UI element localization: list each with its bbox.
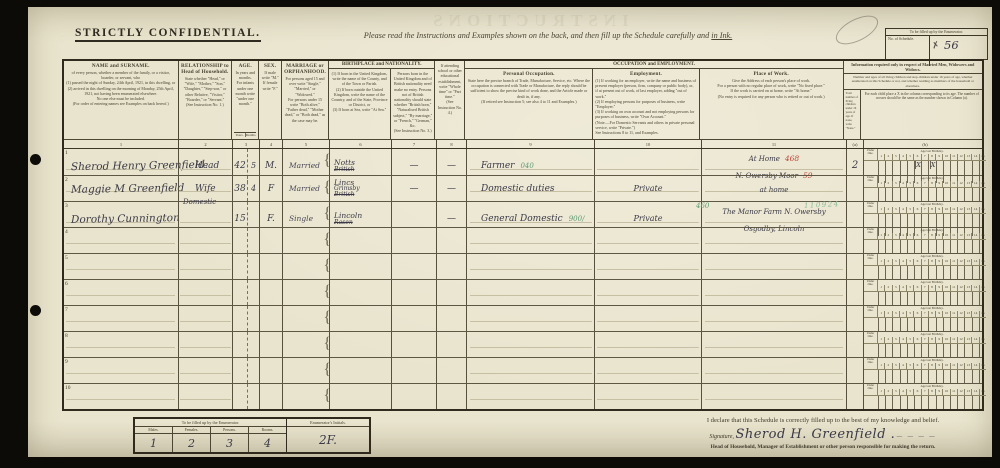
children-grid-cell: Under One.Age last Birthday.123456789101… bbox=[863, 358, 986, 383]
entry-age-years bbox=[233, 228, 248, 253]
age-number: 12 bbox=[957, 207, 964, 213]
row-number: 4 bbox=[65, 229, 68, 235]
enumerator-initials-title: Enumerator's Initials. bbox=[287, 419, 369, 427]
enumerator-initials-box: Enumerator's Initials. 2F. bbox=[287, 419, 369, 452]
nationality-cell bbox=[391, 332, 436, 357]
under-one-label: Under One. bbox=[864, 358, 878, 369]
age-number: 4 bbox=[899, 389, 906, 395]
entry-marriage: Single bbox=[283, 214, 313, 223]
header-employment: Employment. (1) If working for an employ… bbox=[592, 69, 698, 139]
birthplace-cell: LincsGrimsbyBritish bbox=[329, 176, 391, 201]
relationship-cell bbox=[178, 254, 232, 279]
under-one-label: Under One. bbox=[864, 384, 878, 395]
age-number: 13 bbox=[964, 154, 971, 160]
child-x-mark: X bbox=[930, 161, 936, 169]
table-row: 3Dorothy CunningtonDomestic15F.Single{Li… bbox=[64, 201, 982, 227]
age-number: 13 bbox=[964, 285, 971, 291]
place-of-work-cell: at home bbox=[701, 176, 846, 201]
children-grid-header: Under One.Age last Birthday.123456789101… bbox=[864, 280, 986, 292]
occupation-cell bbox=[466, 384, 594, 409]
age-mark-cell bbox=[914, 266, 921, 279]
place-of-work-cell bbox=[701, 332, 846, 357]
age-mark-cell bbox=[972, 266, 979, 279]
age-mark-cell bbox=[878, 240, 885, 253]
header-age: AGE. In years and months. For infants un… bbox=[231, 61, 258, 139]
age-number: 4 bbox=[899, 207, 906, 213]
age-number: 9 bbox=[935, 311, 942, 317]
signature-subtitle: Head of Household, Manager of Establishm… bbox=[653, 444, 993, 450]
age-mark-cell bbox=[936, 344, 943, 357]
age-mark-cell bbox=[892, 370, 899, 383]
age-number: 3 bbox=[892, 337, 899, 343]
age-number: 8 bbox=[928, 181, 935, 187]
age-mark-cell bbox=[892, 266, 899, 279]
age-number: 3 bbox=[892, 207, 899, 213]
age-number: 12 bbox=[957, 389, 964, 395]
entry-place-of-work: at home bbox=[760, 186, 789, 194]
age-cell bbox=[232, 228, 259, 253]
age-number: 11 bbox=[950, 259, 957, 265]
age-mark-cell bbox=[921, 292, 928, 305]
scanned-census-schedule: { "colors": { "frame":"#0d0b08", "paper"… bbox=[0, 0, 1000, 468]
age-number: 13 bbox=[964, 207, 971, 213]
age-mark-cell bbox=[907, 266, 914, 279]
children-total-cell bbox=[846, 176, 863, 201]
occupation-cell bbox=[466, 306, 594, 331]
age-number: 6 bbox=[913, 389, 920, 395]
age-number: 14 bbox=[971, 337, 978, 343]
table-row: 5{Under One.Age last Birthday.1234567891… bbox=[64, 253, 982, 279]
occupation-cell bbox=[466, 358, 594, 383]
column-number: 3 bbox=[232, 140, 259, 148]
age-number: 10 bbox=[942, 154, 949, 160]
enumerator-initials-value: 2F. bbox=[287, 427, 369, 452]
age-number: 9 bbox=[935, 259, 942, 265]
under-one-cell bbox=[864, 266, 878, 279]
children-mark-row bbox=[864, 396, 986, 409]
age-mark-cell bbox=[950, 370, 957, 383]
age-number: 12 bbox=[957, 337, 964, 343]
entry-birthplace-struck: Rasen bbox=[334, 220, 353, 226]
age-number: 15 bbox=[979, 389, 986, 395]
children-age-grid: Under One.Age last Birthday.123456789101… bbox=[864, 228, 986, 253]
entry-education: — bbox=[447, 214, 456, 224]
age-cell bbox=[232, 254, 259, 279]
age-number: 8 bbox=[928, 337, 935, 343]
age-number: 15 bbox=[979, 154, 986, 160]
under-one-cell bbox=[864, 344, 878, 357]
entry-nationality: — bbox=[410, 161, 419, 171]
age-mark-cell bbox=[921, 188, 928, 201]
age-mark-cell bbox=[964, 318, 971, 331]
header-education: If attending school or other educational… bbox=[434, 61, 464, 139]
birthplace-cell bbox=[329, 384, 391, 409]
relationship-cell bbox=[178, 306, 232, 331]
age-number: 6 bbox=[913, 207, 920, 213]
age-number: 13 bbox=[964, 389, 971, 395]
age-number-row: 123456789101112131415 bbox=[878, 233, 986, 239]
age-number: 8 bbox=[928, 363, 935, 369]
age-number: 6 bbox=[913, 363, 920, 369]
age-number: 7 bbox=[921, 337, 928, 343]
column-number: 10 bbox=[594, 140, 701, 148]
header-birthplace: (1) If born in the United Kingdom, write… bbox=[329, 69, 390, 139]
age-number: 10 bbox=[942, 311, 949, 317]
place-stamp-green: 110924 bbox=[804, 201, 840, 210]
age-number: 14 bbox=[971, 259, 978, 265]
name-cell: 8 bbox=[64, 332, 178, 357]
age-mark-cell bbox=[885, 344, 892, 357]
age-mark-cell bbox=[885, 370, 892, 383]
education-cell: — bbox=[436, 176, 466, 201]
header-employment-body: (1) If working for an employer, write th… bbox=[595, 78, 696, 135]
age-mark-cell bbox=[900, 188, 907, 201]
children-total-cell bbox=[846, 280, 863, 305]
age-number: 5 bbox=[906, 363, 913, 369]
age-cell: 384 bbox=[232, 176, 259, 201]
age-mark-cell bbox=[928, 396, 935, 409]
punch-hole-bottom bbox=[30, 305, 41, 316]
children-age-grid: Under One.Age last Birthday.123456789101… bbox=[864, 306, 986, 331]
age-mark-cell bbox=[914, 188, 921, 201]
age-number-row: 123456789101112131415 bbox=[878, 181, 986, 187]
entry-age-years bbox=[233, 358, 248, 383]
entry-education: — bbox=[447, 184, 456, 194]
pencil-mark bbox=[832, 10, 883, 50]
header-children-group: Information required only in respect of … bbox=[843, 61, 982, 139]
age-mark-cell bbox=[878, 318, 885, 331]
age-mark-cell bbox=[950, 188, 957, 201]
entry-age-years: 38 bbox=[233, 176, 248, 201]
enumerator-column-header: Persons. bbox=[210, 427, 248, 433]
sex-cell bbox=[259, 332, 282, 357]
marriage-cell: { bbox=[282, 332, 329, 357]
age-number: 2 bbox=[884, 311, 891, 317]
place-of-work-line: At Home468 bbox=[749, 149, 799, 166]
age-number-row: 123456789101112131415 bbox=[878, 389, 986, 395]
age-number: 5 bbox=[906, 181, 913, 187]
age-mark-cell bbox=[892, 396, 899, 409]
age-number: 6 bbox=[913, 311, 920, 317]
birthplace-cell bbox=[329, 332, 391, 357]
instruction-text: Please read the Instructions and Example… bbox=[328, 31, 768, 40]
header-age-months: Months. bbox=[246, 133, 257, 137]
occupation-cell bbox=[466, 254, 594, 279]
children-mark-row bbox=[864, 292, 986, 305]
children-age-grid: Under One.Age last Birthday.123456789101… bbox=[864, 176, 986, 201]
age-mark-cell bbox=[964, 266, 971, 279]
age-number: 6 bbox=[913, 337, 920, 343]
header-marriage-body: For persons aged 15 and over write "Sing… bbox=[284, 76, 326, 123]
signature-value: Sherod H. Greenfield . bbox=[735, 427, 895, 442]
age-mark-cell bbox=[900, 318, 907, 331]
enumerator-column-value: 1 bbox=[135, 434, 172, 452]
column-number: 2 bbox=[178, 140, 232, 148]
age-mark-cell bbox=[928, 318, 935, 331]
header-children-subtitle: Number and ages of all living children a… bbox=[844, 74, 982, 90]
place-of-work-line: at home bbox=[760, 180, 789, 197]
age-number: 4 bbox=[899, 285, 906, 291]
age-number: 3 bbox=[892, 363, 899, 369]
age-mark-cell bbox=[878, 292, 885, 305]
age-number: 2 bbox=[884, 181, 891, 187]
age-number: 4 bbox=[899, 233, 906, 239]
nationality-cell bbox=[391, 358, 436, 383]
children-age-grid: Under One.Age last Birthday.123456789101… bbox=[864, 332, 986, 357]
age-number: 4 bbox=[899, 154, 906, 160]
children-total-cell bbox=[846, 358, 863, 383]
children-total-cell bbox=[846, 228, 863, 253]
entry-sex: M. bbox=[265, 161, 277, 171]
age-number-row: 123456789101112131415 bbox=[878, 363, 986, 369]
relationship-cell bbox=[178, 332, 232, 357]
child-x-mark: X bbox=[915, 161, 921, 169]
age-number-row: 123456789101112131415 bbox=[878, 207, 986, 213]
age-number: 9 bbox=[935, 337, 942, 343]
age-number: 7 bbox=[921, 311, 928, 317]
age-mark-cell bbox=[972, 344, 979, 357]
age-mark-cell bbox=[943, 188, 950, 201]
column-number: 4 bbox=[259, 140, 282, 148]
age-number: 9 bbox=[935, 207, 942, 213]
header-age-units: Years. Months. bbox=[234, 132, 256, 137]
under-one-label: Under One. bbox=[864, 149, 878, 160]
age-mark-cell bbox=[878, 396, 885, 409]
age-mark-cell bbox=[914, 370, 921, 383]
age-number: 12 bbox=[957, 285, 964, 291]
age-cell bbox=[232, 306, 259, 331]
place-of-work-cell bbox=[701, 306, 846, 331]
under-one-cell bbox=[864, 188, 878, 201]
age-number: 12 bbox=[957, 311, 964, 317]
age-mark-cell bbox=[936, 266, 943, 279]
age-mark-cell bbox=[972, 318, 979, 331]
birthplace-cell bbox=[329, 306, 391, 331]
place-of-work-cell bbox=[701, 358, 846, 383]
declaration-section: I declare that this Schedule is correctl… bbox=[653, 417, 993, 450]
age-mark-cell bbox=[979, 188, 986, 201]
nationality-cell bbox=[391, 254, 436, 279]
age-number: 14 bbox=[971, 207, 978, 213]
marriage-cell: { bbox=[282, 306, 329, 331]
occupation-cell bbox=[466, 228, 594, 253]
enumerator-column-header: Rooms. bbox=[248, 427, 286, 433]
table-row: 7{Under One.Age last Birthday.1234567891… bbox=[64, 305, 982, 331]
age-number: 5 bbox=[906, 207, 913, 213]
age-number: 10 bbox=[942, 337, 949, 343]
under-one-cell bbox=[864, 318, 878, 331]
age-mark-cell bbox=[878, 188, 885, 201]
age-number: 5 bbox=[906, 311, 913, 317]
name-cell: 4 bbox=[64, 228, 178, 253]
age-mark-cell bbox=[979, 240, 986, 253]
header-sex-body: If male write "M." If female write "F." bbox=[261, 70, 279, 91]
age-number: 2 bbox=[884, 259, 891, 265]
marriage-cell: { bbox=[282, 358, 329, 383]
enumerator-table-title: To be filled up by the Enumerator. bbox=[135, 419, 286, 427]
declaration-text: I declare that this Schedule is correctl… bbox=[653, 417, 993, 424]
main-table: NAME and SURNAME. of every person, wheth… bbox=[62, 59, 984, 411]
entry-occupation: General Domestic bbox=[467, 214, 563, 224]
age-mark-cell bbox=[914, 318, 921, 331]
sex-cell bbox=[259, 306, 282, 331]
age-mark-cell bbox=[957, 240, 964, 253]
marriage-cell: { bbox=[282, 280, 329, 305]
age-mark-cell bbox=[892, 292, 899, 305]
signature-dashes: — — — — bbox=[897, 434, 937, 440]
sex-cell bbox=[259, 280, 282, 305]
header-relationship-title: RELATIONSHIP to Head of Household. bbox=[181, 63, 230, 75]
age-mark-cell bbox=[972, 188, 979, 201]
name-cell: 2Maggie M Greenfield bbox=[64, 176, 178, 201]
age-mark-cell bbox=[964, 370, 971, 383]
age-number: 8 bbox=[928, 207, 935, 213]
header-name: NAME and SURNAME. of every person, wheth… bbox=[64, 61, 178, 139]
age-mark-cell bbox=[900, 344, 907, 357]
nationality-cell: — bbox=[391, 176, 436, 201]
relationship-cell bbox=[178, 358, 232, 383]
age-number: 14 bbox=[971, 154, 978, 160]
row-number: 2 bbox=[65, 177, 68, 183]
under-one-label: Under One. bbox=[864, 332, 878, 343]
employment-cell bbox=[594, 384, 701, 409]
row-number: 3 bbox=[65, 203, 68, 209]
age-mark-cell bbox=[921, 344, 928, 357]
relationship-cell bbox=[178, 280, 232, 305]
name-cell: 5 bbox=[64, 254, 178, 279]
age-mark-cell bbox=[907, 292, 914, 305]
education-cell bbox=[436, 358, 466, 383]
employment-cell bbox=[594, 332, 701, 357]
header-age-body: In years and months. For infants under o… bbox=[234, 70, 256, 106]
age-number: 6 bbox=[913, 259, 920, 265]
age-number: 5 bbox=[906, 389, 913, 395]
enumerator-table-values: 1234 bbox=[135, 434, 286, 452]
age-number: 13 bbox=[964, 181, 971, 187]
age-number: 13 bbox=[964, 259, 971, 265]
age-number: 4 bbox=[899, 363, 906, 369]
schedule-number-value: 56 bbox=[944, 38, 959, 52]
age-mark-cell bbox=[914, 240, 921, 253]
header-age-years: Years. bbox=[234, 133, 245, 137]
children-grid-cell: Under One.Age last Birthday.123456789101… bbox=[863, 384, 986, 409]
age-number: 7 bbox=[921, 285, 928, 291]
enumerator-column-value: 2 bbox=[172, 434, 210, 452]
table-row: 10{Under One.Age last Birthday.123456789… bbox=[64, 383, 982, 409]
birthplace-cell bbox=[329, 228, 391, 253]
header-occupation-group: OCCUPATION and EMPLOYMENT. Personal Occu… bbox=[464, 61, 842, 139]
age-mark-cell bbox=[964, 396, 971, 409]
children-grid-header: Under One.Age last Birthday.123456789101… bbox=[864, 176, 986, 188]
header-birthplace-body: (1) If born in the United Kingdom, write… bbox=[331, 71, 388, 113]
children-mark-row bbox=[864, 240, 986, 253]
education-cell bbox=[436, 306, 466, 331]
birthplace-cell bbox=[329, 254, 391, 279]
column-number: (b) bbox=[863, 140, 986, 148]
row-number: 9 bbox=[65, 359, 68, 365]
children-mark-row bbox=[864, 344, 986, 357]
age-number: 5 bbox=[906, 233, 913, 239]
sex-cell: F bbox=[259, 176, 282, 201]
nationality-cell bbox=[391, 228, 436, 253]
age-number: 8 bbox=[928, 259, 935, 265]
schedule-box-title: To be filled up by the Enumerator. bbox=[886, 29, 987, 36]
column-number: 9 bbox=[466, 140, 594, 148]
employment-cell bbox=[594, 306, 701, 331]
age-number: 4 bbox=[899, 337, 906, 343]
sex-cell bbox=[259, 358, 282, 383]
entry-employment: Private bbox=[633, 214, 662, 223]
table-row: 9{Under One.Age last Birthday.1234567891… bbox=[64, 357, 982, 383]
age-number: 12 bbox=[957, 259, 964, 265]
entry-marriage: Married bbox=[283, 161, 320, 170]
children-grid-cell: Under One.Age last Birthday.123456789101… bbox=[863, 280, 986, 305]
under-one-label: Under One. bbox=[864, 176, 878, 187]
age-number: 11 bbox=[950, 337, 957, 343]
age-number: 11 bbox=[950, 207, 957, 213]
age-number: 11 bbox=[950, 311, 957, 317]
age-cell bbox=[232, 384, 259, 409]
age-number: 9 bbox=[935, 181, 942, 187]
nationality-cell bbox=[391, 306, 436, 331]
age-mark-cell bbox=[900, 370, 907, 383]
children-total-cell bbox=[846, 306, 863, 331]
age-number: 10 bbox=[942, 207, 949, 213]
column-number: (a) bbox=[846, 140, 863, 148]
age-mark-cell bbox=[950, 240, 957, 253]
age-mark-cell bbox=[964, 292, 971, 305]
instruction-main: Please read the Instructions and Example… bbox=[364, 31, 712, 40]
entry-name: Dorothy Cunnington bbox=[64, 212, 180, 226]
age-mark-cell bbox=[957, 292, 964, 305]
age-mark-cell bbox=[943, 240, 950, 253]
column-number: 1 bbox=[64, 140, 178, 148]
age-number: 12 bbox=[957, 363, 964, 369]
age-mark-cell bbox=[921, 318, 928, 331]
age-number: 7 bbox=[921, 259, 928, 265]
age-mark-cell bbox=[979, 266, 986, 279]
entry-birthplace-struck: British bbox=[334, 167, 354, 173]
age-number: 9 bbox=[935, 285, 942, 291]
children-grid-header: Under One.Age last Birthday.123456789101… bbox=[864, 228, 986, 240]
age-mark-cell bbox=[907, 344, 914, 357]
age-number: 11 bbox=[950, 181, 957, 187]
age-mark-cell bbox=[979, 292, 986, 305]
header-children-total-body: Total number of living children under 16… bbox=[846, 92, 859, 131]
children-grid-cell: Under One.Age last Birthday.123456789101… bbox=[863, 254, 986, 279]
children-grid-header: Under One.Age last Birthday.123456789101… bbox=[864, 149, 986, 161]
age-cell bbox=[232, 280, 259, 305]
sex-cell bbox=[259, 254, 282, 279]
name-cell: 6 bbox=[64, 280, 178, 305]
age-mark-cell bbox=[950, 292, 957, 305]
age-number: 7 bbox=[921, 154, 928, 160]
age-mark-cell bbox=[943, 344, 950, 357]
age-number-row: 123456789101112131415 bbox=[878, 259, 986, 265]
children-age-grid: Under One.Age last Birthday.123456789101… bbox=[864, 358, 986, 383]
children-total-cell bbox=[846, 332, 863, 357]
age-number: 2 bbox=[884, 389, 891, 395]
age-mark-cell bbox=[928, 370, 935, 383]
entry-age-years bbox=[233, 306, 248, 331]
table-header: NAME and SURNAME. of every person, wheth… bbox=[64, 61, 982, 139]
age-number: 8 bbox=[928, 311, 935, 317]
age-mark-cell bbox=[885, 266, 892, 279]
table-row: 8{Under One.Age last Birthday.1234567891… bbox=[64, 331, 982, 357]
entry-nationality: — bbox=[410, 184, 419, 194]
age-mark-cell bbox=[921, 370, 928, 383]
age-mark-cell bbox=[878, 266, 885, 279]
